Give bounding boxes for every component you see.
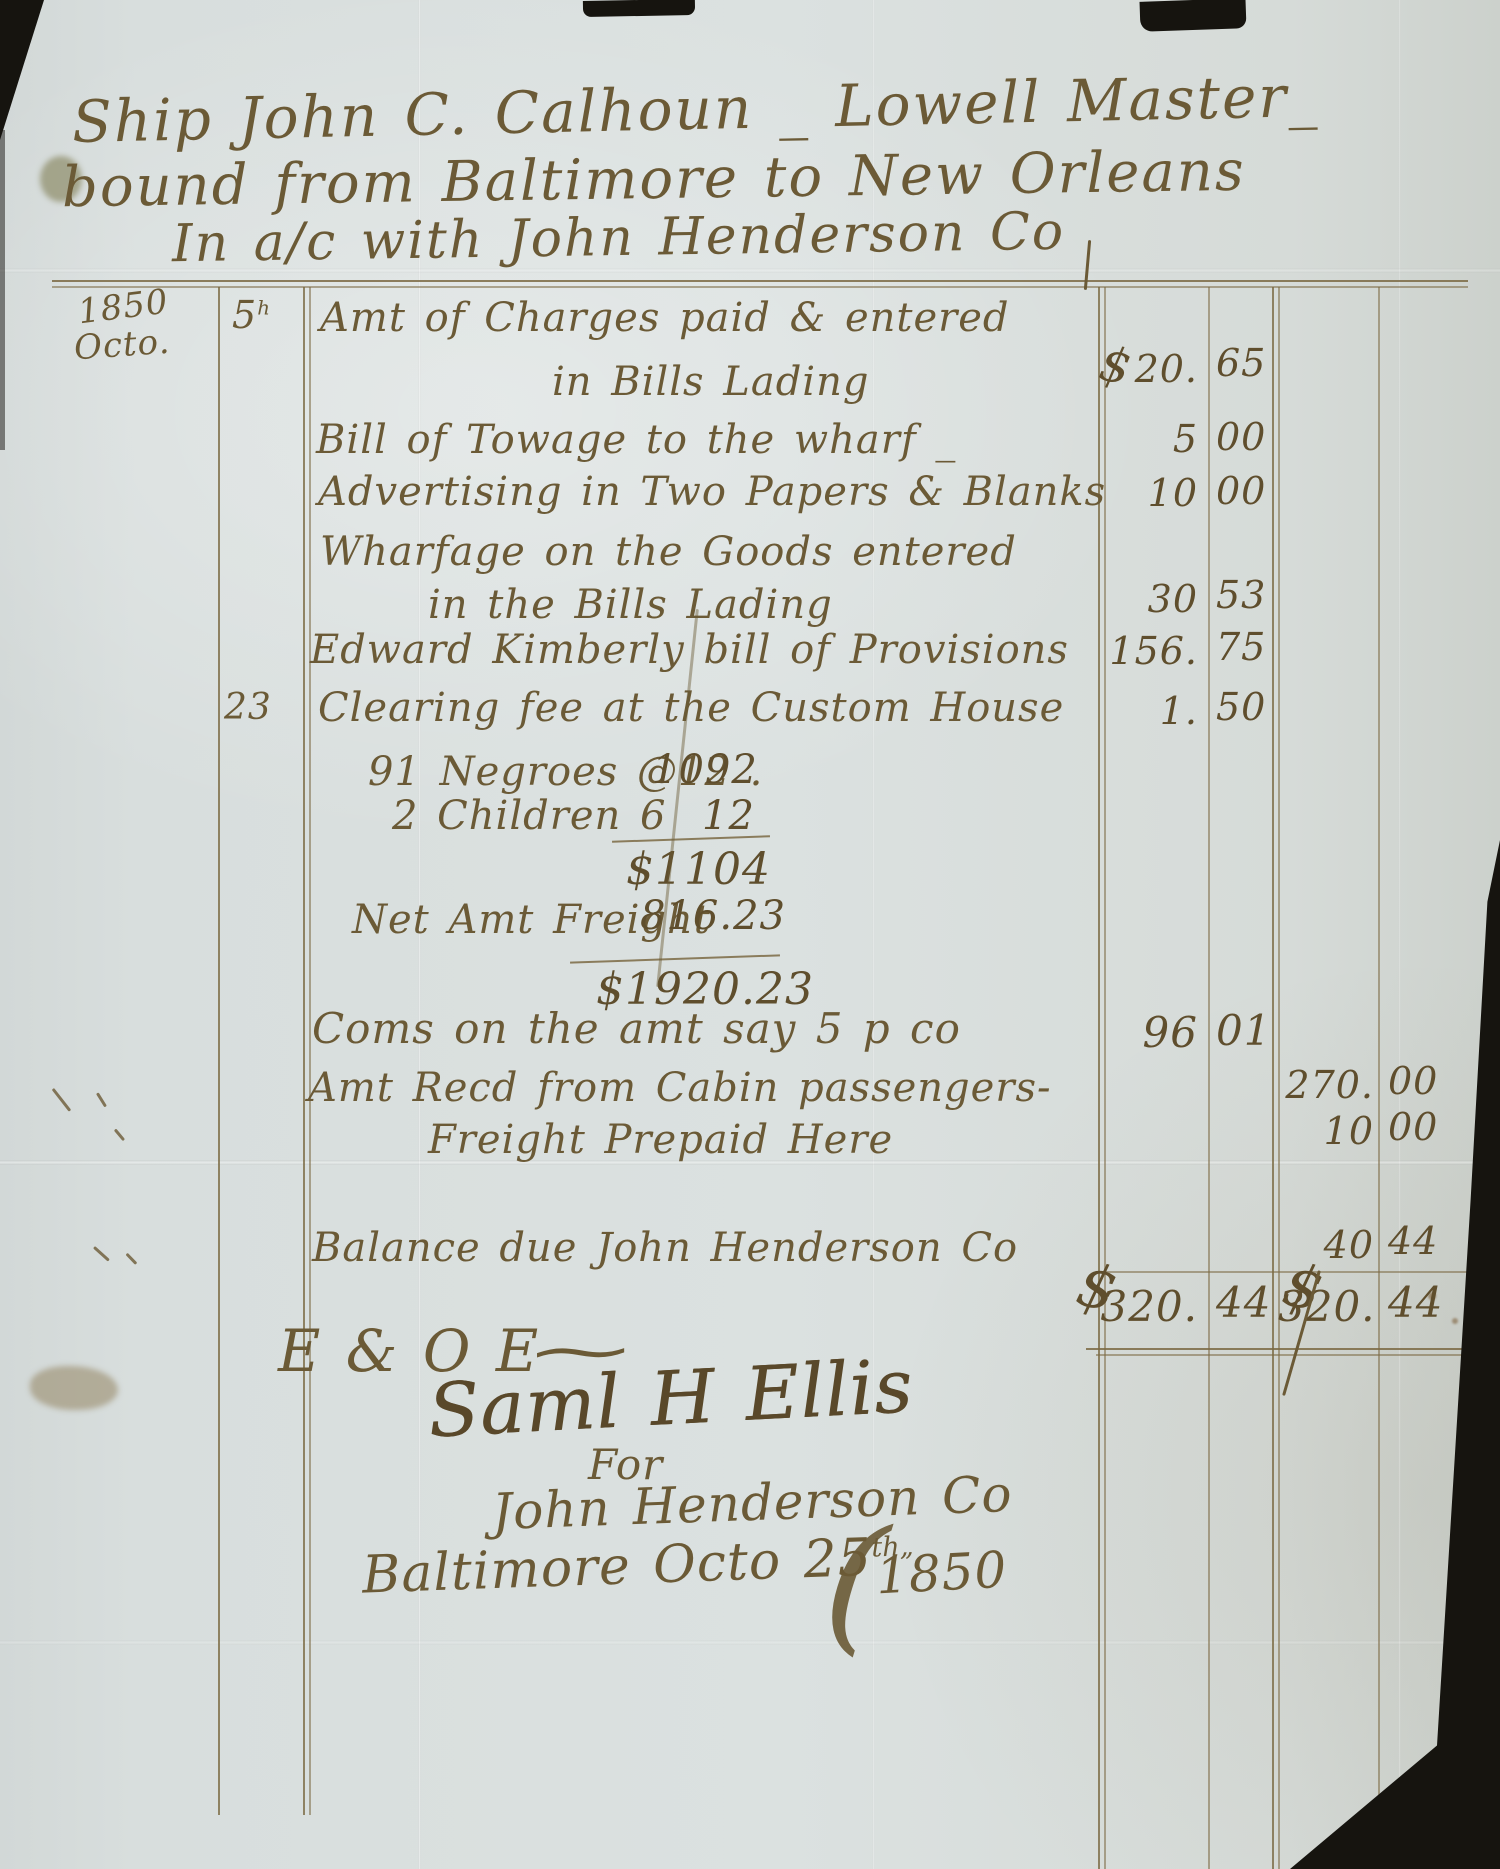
header-rule [52,280,1468,282]
money-column-rule [1098,287,1100,1869]
amount-cents: 00 [1216,472,1266,510]
date-year: 1850 [875,1545,1009,1602]
scan-edge-top-notch [583,0,695,17]
money-column-rule [1104,287,1106,1869]
amount-cents: 50 [1216,688,1266,726]
amount-dollars: 270. [1278,1066,1374,1104]
paper-crease [0,1640,1500,1645]
amount-cents: 01 [1216,1010,1271,1052]
amount-cents: 00 [1388,1108,1438,1146]
totals-bottom-rule [1096,1354,1468,1356]
amount-dollars: 10 [1096,474,1198,512]
cents-separator-rule [1378,287,1380,1869]
totals-top-rule [1096,1271,1468,1273]
entry-desc: in the Bills Lading [428,585,833,625]
calc-row2-label: 2 Children 6 [392,796,666,836]
amount-dollars: 30 [1096,580,1198,618]
amount-dollars: 5 [1096,420,1198,458]
entry-desc: Clearing fee at the Custom House [318,688,1064,728]
scan-edge-left [0,130,5,450]
amount-cents: 75 [1216,628,1266,666]
ledger-day-23: 23 [224,690,272,726]
day-column-rule [309,287,311,1815]
calc-row1-value: 1092 [652,750,758,790]
header-line-2: bound from Baltimore to New Orleans [62,144,1246,217]
amount-dollars: 96 [1096,1012,1198,1054]
amount-cents: 44 [1388,1222,1438,1260]
scan-edge-top-notch [1140,0,1247,32]
amount-cents: 65 [1216,344,1266,382]
entry-desc: Freight Prepaid Here [428,1120,893,1160]
date-column-rule [218,287,220,1815]
cents-separator-rule [1208,287,1210,1869]
amount-cents: 00 [1216,418,1266,456]
entry-desc: Wharfage on the Goods entered [320,532,1017,572]
entry-desc: Amt Recd from Cabin passengers- [308,1068,1051,1108]
total-debit-cents: 44 [1216,1282,1271,1324]
ledger-day-5: 5h [232,296,270,334]
amount-dollars: 20. [1096,350,1198,388]
amount-cents: 53 [1216,576,1266,614]
totals-bottom-rule [1086,1348,1468,1350]
amount-cents: 00 [1388,1062,1438,1100]
total-debit-dollars: 320. [1096,1286,1198,1328]
ledger-month: Octo. [73,325,171,366]
calc-subtotal: $1104 [626,848,771,892]
ink-stain [1452,1318,1458,1324]
day-column-rule [303,287,305,1815]
amount-dollars: 156. [1096,632,1198,670]
total-credit-cents: 44 [1388,1282,1443,1324]
entry-desc: in Bills Lading [552,362,869,402]
entry-desc: Advertising in Two Papers & Blanks [318,472,1106,512]
amount-dollars: 10 [1278,1112,1374,1150]
calc-total: $1920.23 [596,968,814,1012]
money-column-rule [1272,287,1274,1869]
ink-stain [30,1366,118,1410]
entry-desc: Bill of Towage to the wharf _ [316,420,956,460]
calc-row2-value: 12 [702,796,755,836]
header-rule [52,286,1468,288]
header-line-3: In a/c with John Henderson Co [172,206,1066,270]
total-credit-dollars: 320. [1278,1286,1374,1328]
entry-desc: Balance due John Henderson Co [312,1228,1018,1268]
entry-desc: Amt of Charges paid & entered [320,298,1010,338]
amount-dollars: 1. [1096,692,1198,730]
